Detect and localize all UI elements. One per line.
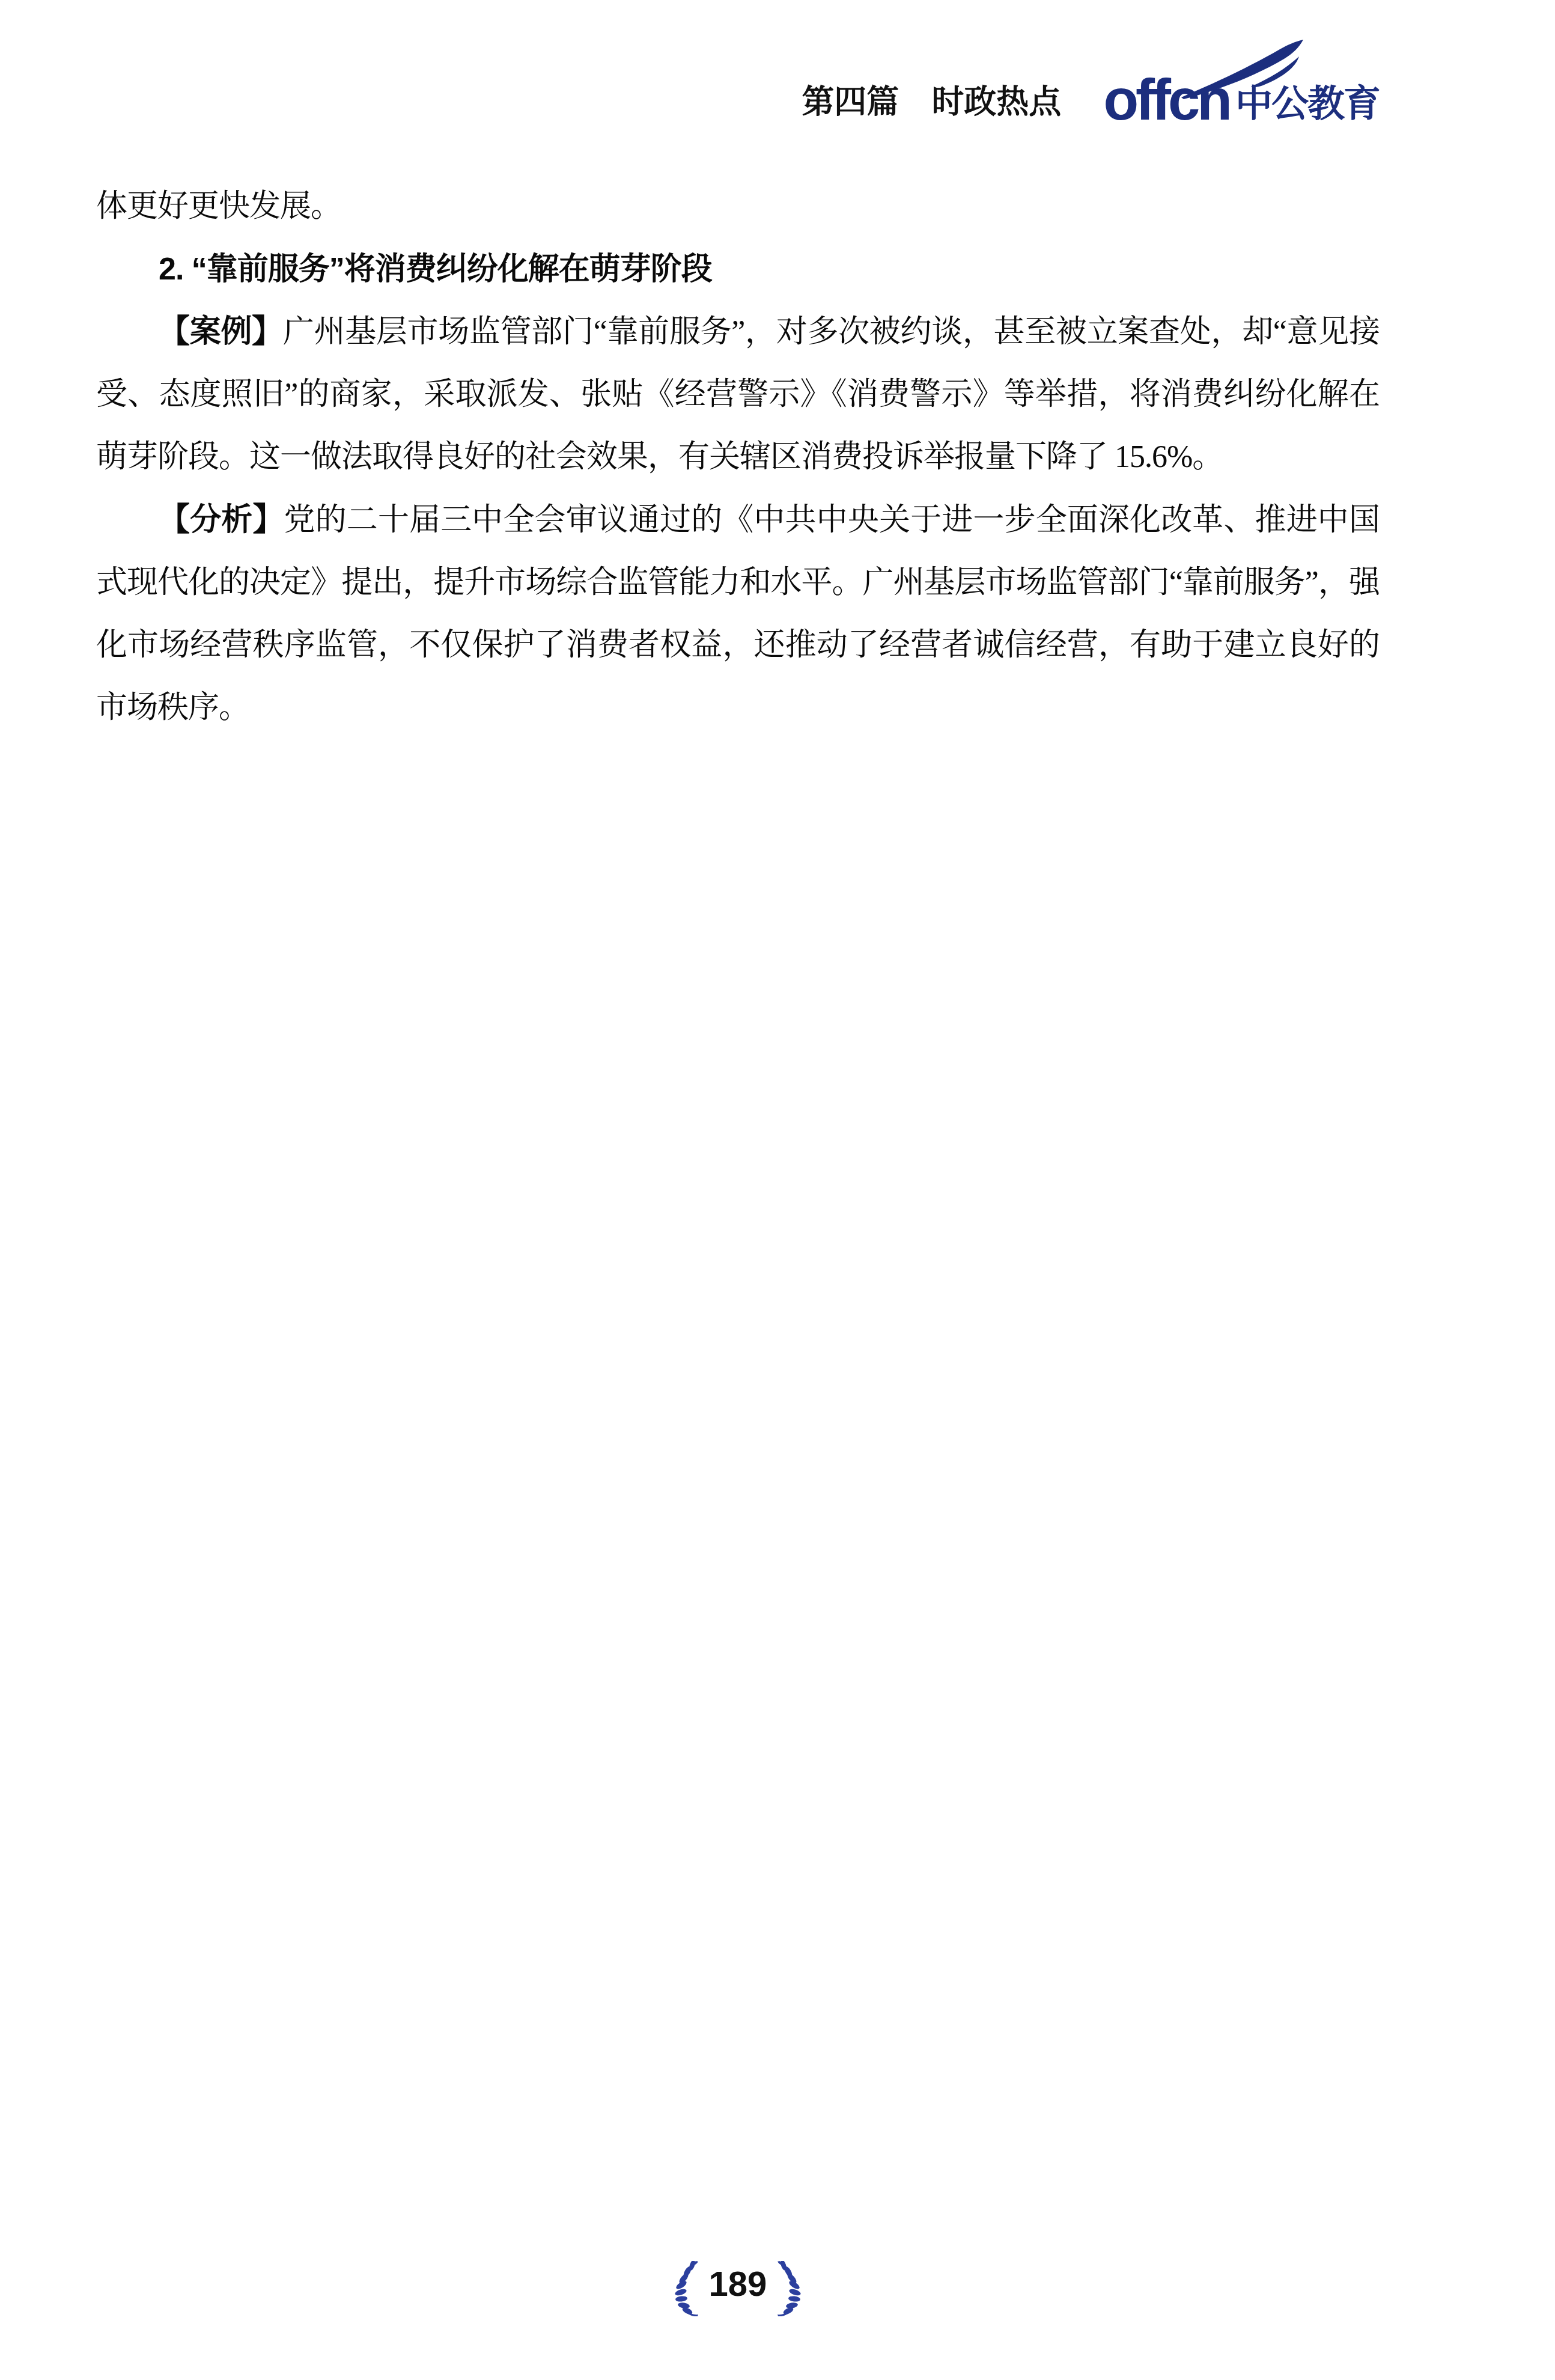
chapter-header: 第四篇 时政热点 <box>802 86 1061 124</box>
offcn-logo: offcn 中公教育 <box>1103 77 1380 124</box>
page-footer: 189 <box>96 2261 1380 2316</box>
section-label: 第四篇 <box>802 86 899 118</box>
analysis-tag: 【分析】 <box>159 502 284 537</box>
book-page: 第四篇 时政热点 offcn 中公教育 体更好更快发展。 2. “靠前服务”将消… <box>0 0 1555 2380</box>
intro-line: 体更好更快发展。 <box>96 175 1380 238</box>
case-tag: 【案例】 <box>159 314 283 349</box>
section-heading: 2. “靠前服务”将消费纠纷化解在萌芽阶段 <box>96 238 1380 301</box>
logo-wordmark-cjk: 中公教育 <box>1235 86 1380 124</box>
case-text: 广州基层市场监管部门“靠前服务”，对多次被约谈，甚至被立案查处，却“意见接受、态… <box>96 315 1380 474</box>
analysis-paragraph: 【分析】党的二十届三中全会审议通过的《中共中央关于进一步全面深化改革、推进中国式… <box>96 489 1380 739</box>
main-text: 体更好更快发展。 2. “靠前服务”将消费纠纷化解在萌芽阶段 【案例】广州基层市… <box>96 175 1380 739</box>
section-title: 时政热点 <box>931 86 1061 118</box>
laurel-left-icon <box>669 2261 699 2316</box>
page-header: 第四篇 时政热点 offcn 中公教育 <box>0 77 1380 124</box>
logo-wordmark-latin: offcn <box>1103 77 1229 124</box>
analysis-text: 党的二十届三中全会审议通过的《中共中央关于进一步全面深化改革、推进中国式现代化的… <box>96 503 1380 725</box>
page-number: 189 <box>709 2267 767 2310</box>
case-paragraph: 【案例】广州基层市场监管部门“靠前服务”，对多次被约谈，甚至被立案查处，却“意见… <box>96 301 1380 489</box>
laurel-right-icon <box>776 2261 806 2316</box>
